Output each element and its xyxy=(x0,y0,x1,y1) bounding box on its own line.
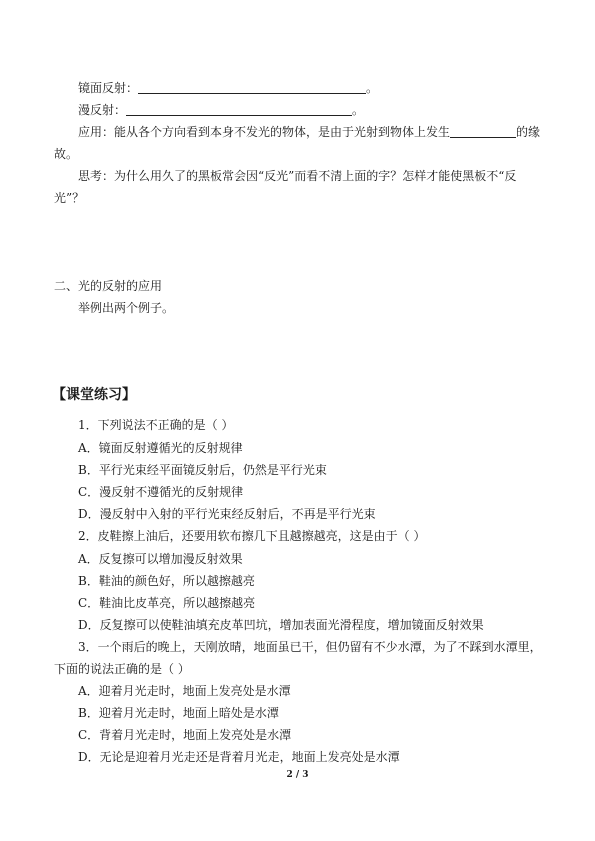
application-continuation: 故。 xyxy=(54,146,546,162)
diffuse-reflection-line: 漫反射：。 xyxy=(78,102,570,118)
specular-reflection-line: 镜面反射：。 xyxy=(78,80,570,96)
question-1-option-b: B．平行光束经平面镜反射后，仍然是平行光束 xyxy=(78,462,570,478)
application-answer-blank[interactable] xyxy=(450,125,516,138)
thinking-question-cont: 光”？ xyxy=(54,190,546,206)
page-number: 2 / 3 xyxy=(0,770,595,780)
question-2-option-d: D．反复擦可以使鞋油填充皮革凹坑，增加表面光滑程度，增加镜面反射效果 xyxy=(78,617,570,633)
diffuse-answer-blank[interactable] xyxy=(126,103,352,116)
question-1-option-a: A．镜面反射遵循光的反射规律 xyxy=(78,440,570,456)
exercises-heading: 【课堂练习】 xyxy=(52,387,544,403)
diffuse-label: 漫反射： xyxy=(78,103,126,117)
period: 。 xyxy=(366,81,378,95)
question-3-option-b: B．迎着月光走时，地面上暗处是水潭 xyxy=(78,705,570,721)
section-two-title: 二、光的反射的应用 xyxy=(54,278,546,294)
question-2-option-c: C．鞋油比皮革亮，所以越擦越亮 xyxy=(78,595,570,611)
specular-answer-blank[interactable] xyxy=(138,81,366,94)
question-1-option-d: D．漫反射中入射的平行光束经反射后，不再是平行光束 xyxy=(78,506,570,522)
question-3-option-d: D．无论是迎着月光走还是背着月光走，地面上发亮处是水潭 xyxy=(78,749,570,765)
thinking-question: 思考：为什么用久了的黑板常会因“反光”而看不清上面的字？怎样才能使黑板不“反 xyxy=(78,168,570,184)
application-line: 应用：能从各个方向看到本身不发光的物体，是由于光射到物体上发生的缘 xyxy=(78,124,570,140)
application-suffix: 的缘 xyxy=(516,125,540,139)
question-2-option-a: A．反复擦可以增加漫反射效果 xyxy=(78,551,570,567)
section-two-prompt: 举例出两个例子。 xyxy=(78,300,570,316)
specular-label: 镜面反射： xyxy=(78,81,138,95)
question-3-option-a: A．迎着月光走时，地面上发亮处是水潭 xyxy=(78,683,570,699)
application-text: 应用：能从各个方向看到本身不发光的物体，是由于光射到物体上发生 xyxy=(78,125,450,139)
question-3-option-c: C．背着月光走时，地面上发亮处是水潭 xyxy=(78,727,570,743)
question-3-stem-cont: 下面的说法正确的是（ ） xyxy=(54,661,546,677)
question-2-stem: 2．皮鞋擦上油后，还要用软布擦几下且越擦越亮，这是由于（ ） xyxy=(78,528,570,544)
question-3-stem: 3．一个雨后的晚上，天刚放晴，地面虽已干，但仍留有不少水潭，为了不踩到水潭里， xyxy=(78,639,570,655)
question-2-option-b: B．鞋油的颜色好，所以越擦越亮 xyxy=(78,573,570,589)
question-1-stem: 1．下列说法不正确的是（ ） xyxy=(78,417,570,433)
question-1-option-c: C．漫反射不遵循光的反射规律 xyxy=(78,484,570,500)
period: 。 xyxy=(352,103,364,117)
